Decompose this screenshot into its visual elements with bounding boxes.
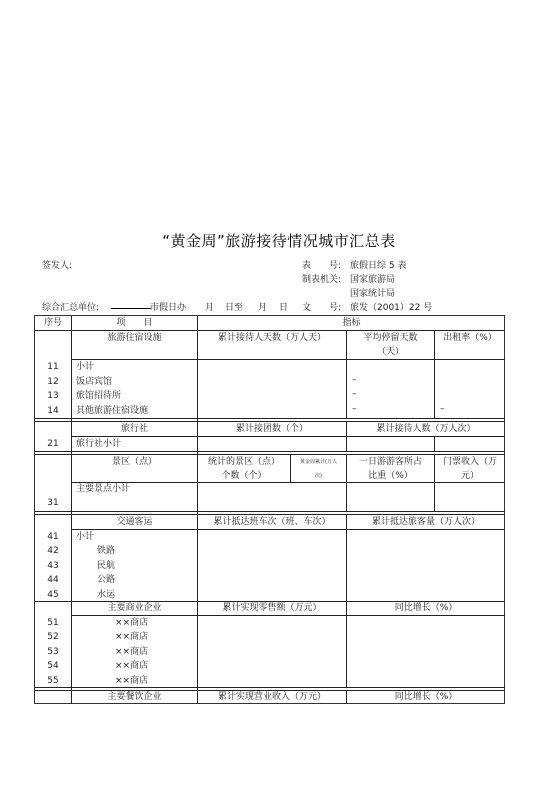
seq-11: 11 — [35, 360, 71, 375]
scenic-col-ticket: 门票收入（万 — [435, 455, 505, 470]
lodging-rate-value: – — [440, 404, 445, 414]
scenic-title: 景区（点） — [72, 455, 197, 470]
scenic-col-dayshare-unit: 比重（%） — [347, 469, 434, 484]
lodging-row-label: 其他旅游住宿设施 — [76, 404, 148, 419]
header-seq: 序号 — [35, 316, 71, 331]
header-item: 项 目 — [72, 316, 197, 331]
seq-53: 53 — [35, 645, 71, 660]
scenic-col-count: 统计的景区（点） — [198, 455, 290, 470]
lodging-row-label: 旅馆招待所 — [76, 389, 121, 404]
retail-row-label: ××商店 — [115, 630, 148, 645]
section-divider — [35, 451, 505, 452]
seq-54: 54 — [35, 659, 71, 674]
seq-55: 55 — [35, 674, 71, 689]
date-day-to: 日至 — [225, 300, 243, 313]
document-title: “黄金周”旅游接待情况城市汇总表 — [0, 230, 558, 251]
issuer-value-1: 国家旅游局 — [350, 272, 395, 285]
transport-row-label: 铁路 — [97, 544, 115, 559]
summary-table: 序号 项 目 指标 旅游住宿设施 累计接待人天数（万人天） 平均停留天数 （天）… — [34, 315, 505, 704]
col-divider-item — [197, 316, 198, 704]
seq-51: 51 — [35, 616, 71, 631]
unit-suffix: 市假日办 — [150, 300, 186, 313]
dining-col-revenue: 累计实现营业收入（万元） — [198, 690, 346, 705]
form-no-value: 旅假日综 5 表 — [350, 258, 406, 271]
lodging-col-days: 累计接待人天数（万人天） — [198, 331, 346, 346]
retail-col-growth: 同比增长（%） — [347, 601, 505, 616]
agency-col-groups: 累计接团数（个） — [198, 422, 346, 437]
section-divider — [35, 687, 505, 688]
scenic-col-ticket-unit: 元） — [435, 469, 505, 484]
seq-21: 21 — [35, 437, 71, 452]
lodging-title: 旅游住宿设施 — [72, 331, 197, 346]
col-divider — [434, 436, 435, 451]
unit-label: 综合汇总单位: — [42, 300, 99, 313]
seq-45: 45 — [35, 588, 71, 603]
header-indicator: 指标 — [198, 316, 505, 331]
signer-label: 签发人: — [42, 258, 72, 271]
form-no-label: 表 号: — [302, 258, 341, 271]
scenic-col-count-unit: 个数（个） — [198, 469, 290, 484]
retail-row-label: ××商店 — [115, 645, 148, 660]
section-divider — [35, 511, 505, 512]
lodging-col-avg-unit: （天） — [347, 345, 434, 360]
transport-row-label: 公路 — [97, 573, 115, 588]
dining-col-growth: 同比增长（%） — [347, 690, 505, 705]
seq-12: 12 — [35, 375, 71, 390]
agency-col-visitors: 累计接待人数（万人次） — [347, 422, 505, 437]
transport-row-label: 小计 — [76, 530, 94, 545]
scenic-col-total: 黄金周累计(万人 — [291, 458, 346, 466]
seq-31: 31 — [35, 496, 71, 511]
retail-row-label: ××商店 — [115, 674, 148, 689]
retail-col-sales: 累计实现零售额（万元） — [198, 601, 346, 616]
lodging-row-label: 小计 — [76, 360, 94, 375]
transport-title: 交通客运 — [72, 515, 197, 530]
col-divider-seq — [71, 316, 72, 704]
retail-title: 主要商业企业 — [72, 601, 197, 616]
dining-title: 主要餐饮企业 — [72, 690, 197, 705]
retail-row-label: ××商店 — [115, 616, 148, 631]
seq-43: 43 — [35, 559, 71, 574]
doc-no-value: 旅发（2001）22 号 — [350, 300, 432, 313]
unit-blank-line — [110, 299, 152, 309]
section-divider — [35, 418, 505, 419]
lodging-avg-value: – — [352, 389, 357, 399]
date-day: 日 — [279, 300, 288, 313]
seq-13: 13 — [35, 389, 71, 404]
agency-row-label: 旅行社小计 — [76, 437, 121, 452]
seq-41: 41 — [35, 530, 71, 545]
seq-14: 14 — [35, 404, 71, 419]
lodging-col-rate: 出租率（%） — [435, 331, 505, 346]
scenic-col-total-unit: 次) — [291, 472, 346, 480]
scenic-col-dayshare: 一日游游客所占 — [347, 455, 434, 470]
lodging-row-label: 饭店宾馆 — [76, 375, 112, 390]
scenic-row-label: 主要景点小计 — [76, 482, 130, 497]
lodging-avg-value: – — [352, 375, 357, 385]
seq-42: 42 — [35, 544, 71, 559]
date-month-2: 月 — [258, 300, 267, 313]
agency-title: 旅行社 — [72, 422, 197, 437]
lodging-col-avg: 平均停留天数 — [347, 331, 434, 346]
doc-no-label: 文 号: — [302, 300, 341, 313]
transport-row-label: 民航 — [97, 559, 115, 574]
transport-col-trips: 累计抵达班车次（班、车次） — [198, 515, 346, 530]
issuer-value-2: 国家统计局 — [350, 286, 395, 299]
lodging-avg-value: – — [352, 404, 357, 414]
transport-col-passengers: 累计抵达旅客量（万人次） — [347, 515, 505, 530]
transport-row-label: 水运 — [97, 588, 115, 603]
row-divider — [71, 359, 505, 360]
retail-row-label: ××商店 — [115, 659, 148, 674]
seq-52: 52 — [35, 630, 71, 645]
date-month-1: 月 — [205, 300, 214, 313]
issuer-label: 制表机关: — [302, 272, 341, 285]
seq-44: 44 — [35, 573, 71, 588]
